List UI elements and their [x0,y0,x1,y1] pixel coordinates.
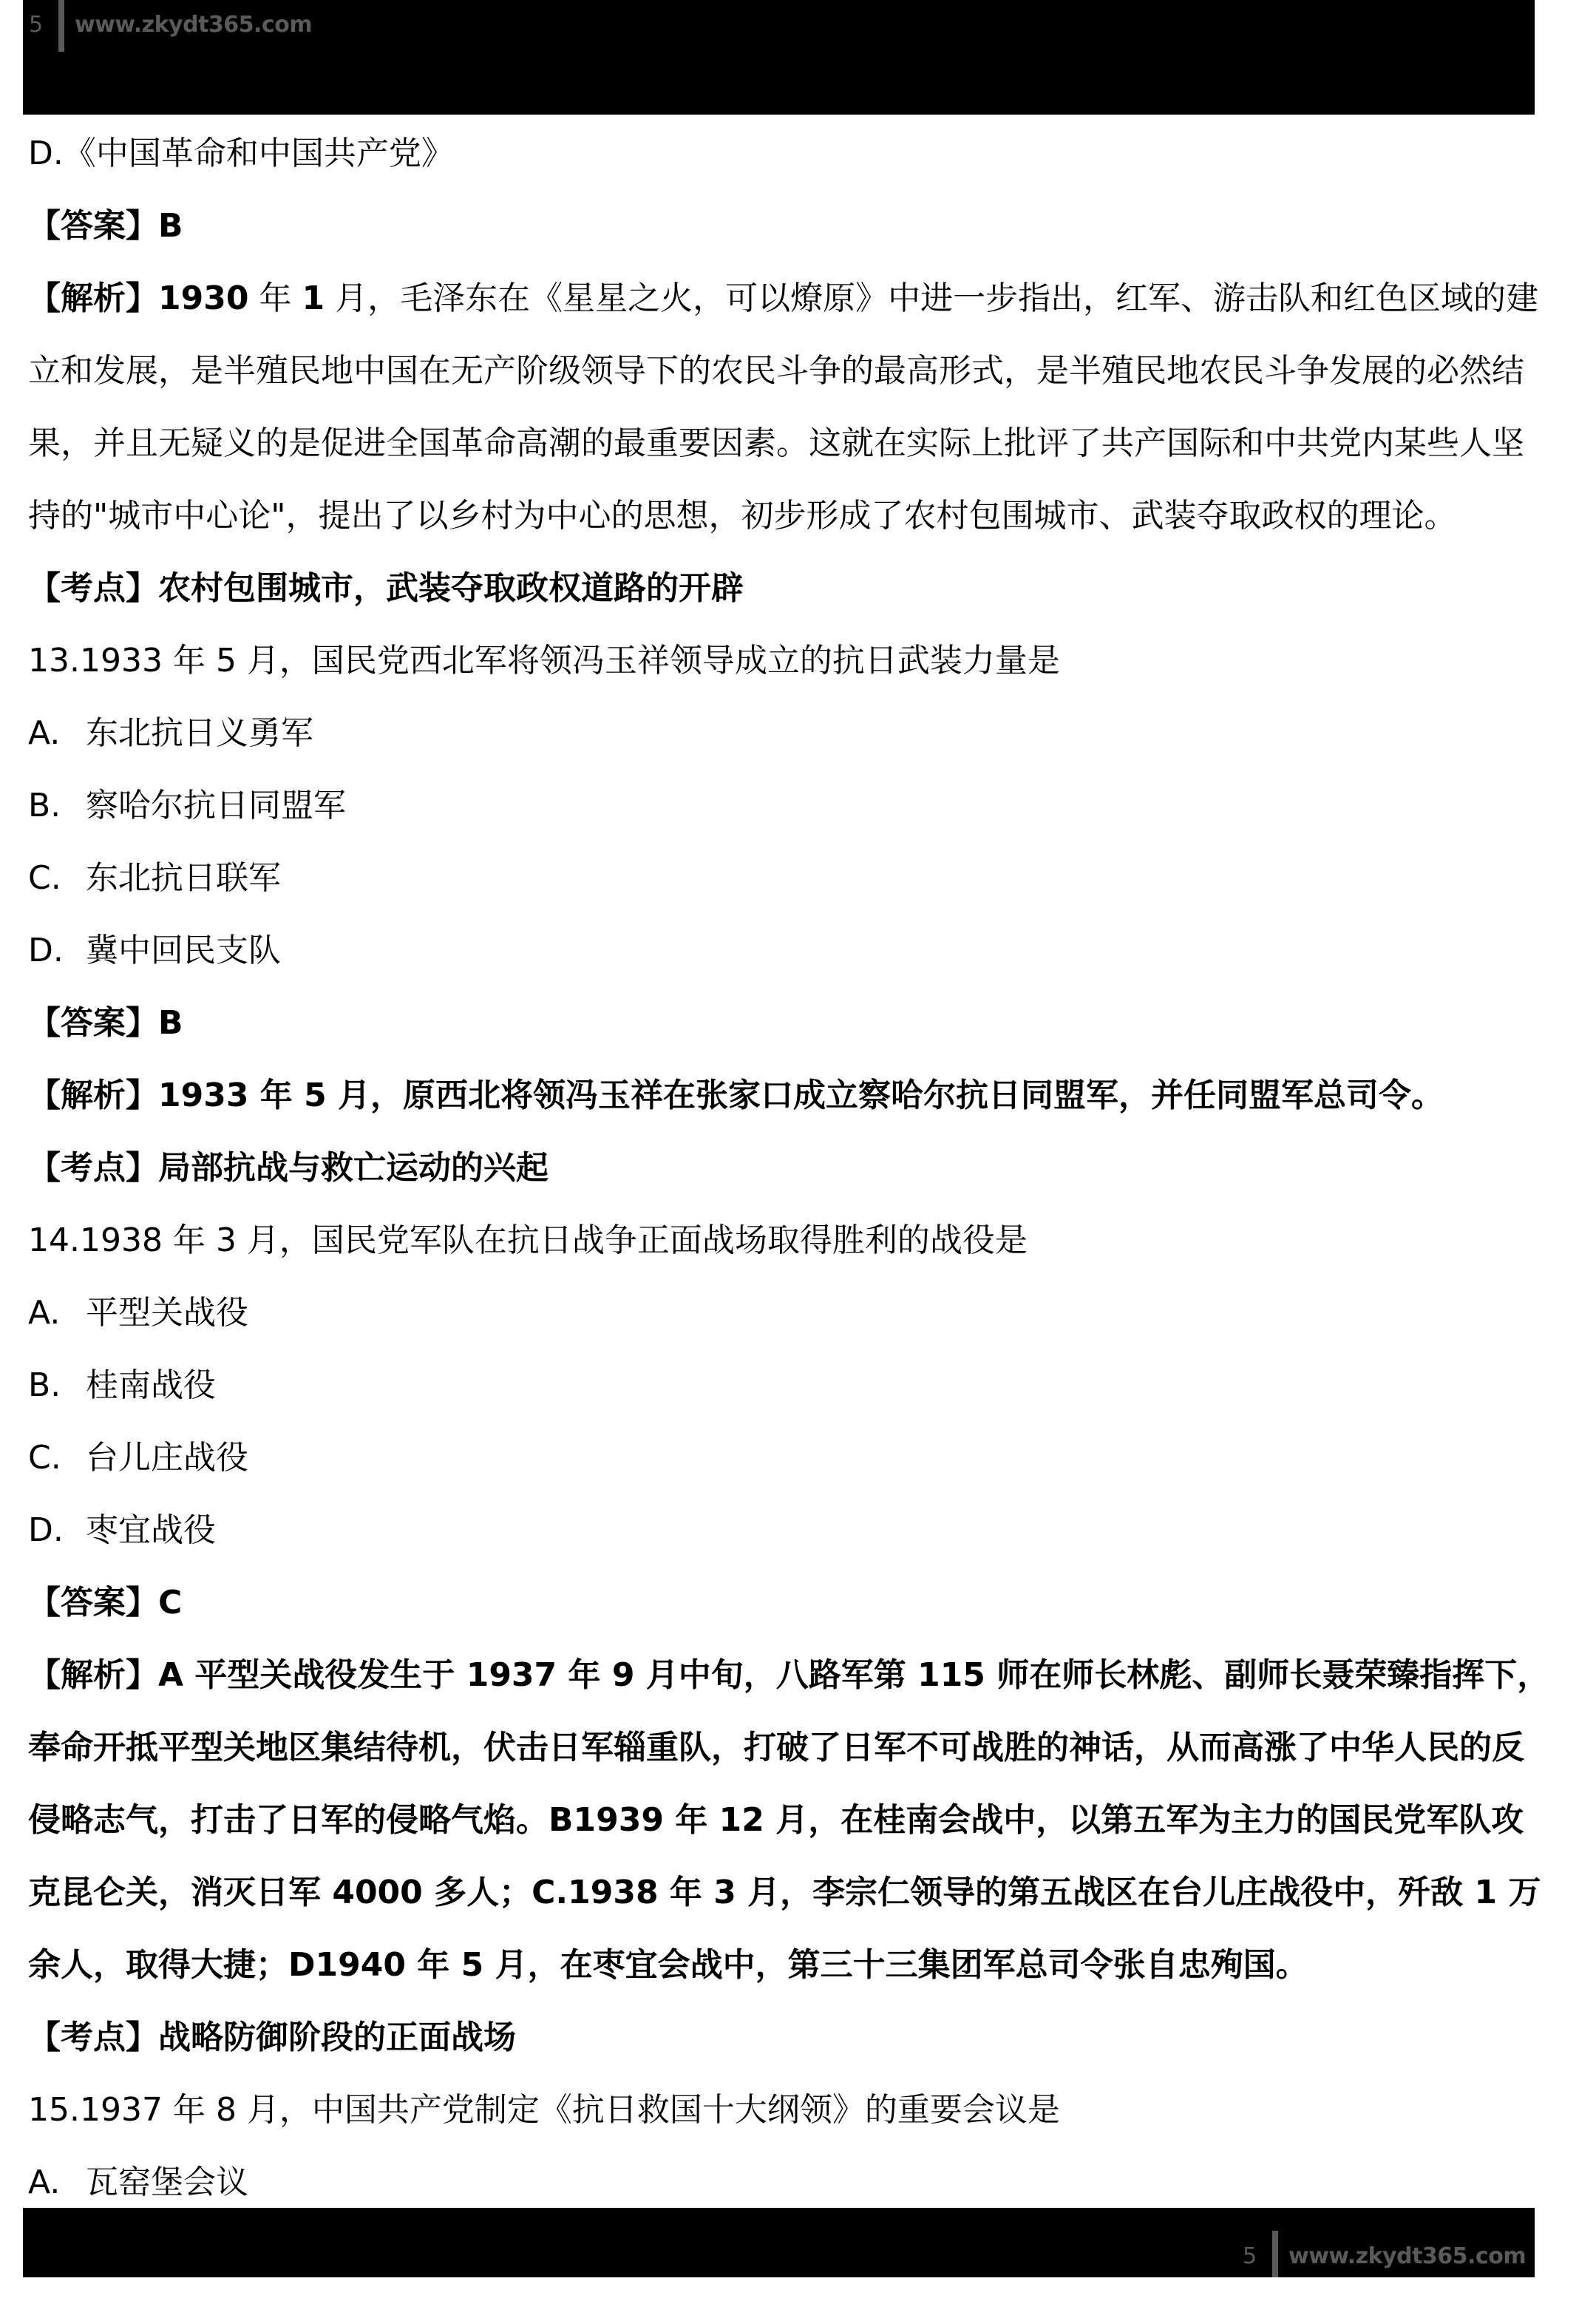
q12-keypoint: 【考点】农村包围城市，武装夺取政权道路的开辟 [28,562,1536,634]
question-stem: 年 8 月，中国共产党制定《抗日救国十大纲领》的重要会议是 [163,2091,1060,2129]
page-header-bar: 5 www.zkydt365.com [23,0,1535,115]
text: 年 [664,1801,719,1839]
q14-analysis-line-5: 余人，取得大捷；D1940 年 5 月，在枣宜会战中，第三十三集团军总司令张自忠… [28,1939,1536,2011]
text: 年 [248,279,302,317]
analysis-text: 侵略志气，打击了日军的侵略气焰。B1939 年 12 月，在桂南会战中，以第五军… [28,1801,1524,1839]
question-number: 13. [28,642,80,680]
analysis-label: 【解析】 [28,1077,158,1114]
option-letter: C. [28,1431,86,1485]
option-letter: A. [28,1287,86,1340]
option-letter: A. [28,707,86,760]
text: 月，李宗仁领导的第五战区在台儿庄战役中，歼敌 [736,1874,1475,1911]
text: 月中旬，八路军第 [634,1656,917,1694]
option-letter: B. [28,1359,86,1412]
analysis-text: 奉命开抵平型关地区集结待机，伏击日军辎重队，打破了日军不可战胜的神话，从而高涨了… [28,1729,1524,1766]
option-text: 瓦窑堡会议 [86,2163,248,2201]
q13-answer: 【答案】B [28,997,1536,1069]
option-text: 台儿庄战役 [86,1439,248,1477]
emphasis-text: A [158,1656,183,1694]
document-body: D.《中国革命和中国共产党》 【答案】B 【解析】1930 年 1 月，毛泽东在… [28,127,1536,2229]
option-text: 桂南战役 [86,1366,216,1404]
page-footer-bar: 5 www.zkydt365.com [23,2208,1535,2277]
text: 克昆仑关，消灭日军 [28,1874,332,1911]
q14-analysis-line-3: 侵略志气，打击了日军的侵略气焰。B1939 年 12 月，在桂南会战中，以第五军… [28,1794,1536,1866]
footer-site-url: www.zkydt365.com [1288,2243,1526,2269]
question-number: 15. [28,2091,80,2129]
text: 年 [406,1946,461,1984]
q12-analysis-line-2: 立和发展，是半殖民地中国在无产阶级领导下的农民斗争的最高形式，是半殖民地农民斗争… [28,345,1536,417]
q13-option-c[interactable]: C.东北抗日联军 [28,852,1536,924]
q14-option-c[interactable]: C.台儿庄战役 [28,1431,1536,1504]
text: 平型关战役发生于 [183,1656,466,1694]
answer-label: 【答案】 [28,1004,158,1042]
analysis-label: 【解析】 [28,279,158,317]
option-text: 冀中回民支队 [86,932,281,969]
q14-answer: 【答案】C [28,1576,1536,1649]
keypoint-label: 【考点】 [28,569,158,607]
analysis-label: 【解析】 [28,1656,158,1694]
emphasis-text: 5 [461,1946,484,1984]
keypoint-label: 【考点】 [28,1149,158,1187]
text: 多人； [423,1874,532,1911]
header-page-number: 5 [29,12,43,38]
emphasis-text: 9 [612,1656,635,1694]
q14-analysis-line-4: 克昆仑关，消灭日军 4000 多人；C.1938 年 3 月，李宗仁领导的第五战… [28,1866,1536,1939]
answer-value: B [158,1004,183,1042]
q13-keypoint: 【考点】局部抗战与救亡运动的兴起 [28,1142,1536,1214]
q12-answer: 【答案】B [28,200,1536,272]
emphasis-text: 115 [917,1656,985,1694]
text: 月，毛泽东在《星星之火，可以燎原》中进一步指出，红军、游击队和红色区域的建 [325,279,1538,317]
answer-value: C [158,1584,182,1621]
q13-stem: 13.1933 年 5 月，国民党西北军将领冯玉祥领导成立的抗日武装力量是 [28,634,1536,707]
option-text: 平型关战役 [86,1294,248,1332]
year: 1933 [80,642,163,680]
option-text: 东北抗日义勇军 [86,714,313,752]
text: 年 [659,1874,714,1911]
footer-separator [1272,2231,1278,2277]
q13-option-b[interactable]: B.察哈尔抗日同盟军 [28,779,1536,852]
q14-option-b[interactable]: B.桂南战役 [28,1359,1536,1431]
option-d-prev: D.《中国革命和中国共产党》 [28,127,1536,200]
text: 奉命开抵平型关地区集结待机，伏击日军辎重队，打破了日军不可战胜的神话，从而高涨了… [28,1729,1524,1766]
text: 师在师长林彪、副师长聂荣臻指挥下， [985,1656,1549,1694]
text: 月，在桂南会战中，以第五军为主力的国民党军队攻 [764,1801,1524,1839]
q14-keypoint: 【考点】战略防御阶段的正面战场 [28,2011,1536,2084]
q14-analysis-line-1: 【解析】A 平型关战役发生于 1937 年 9 月中旬，八路军第 115 师在师… [28,1649,1536,1721]
year: 1930 [158,279,248,317]
text: 月，在枣宜会战中，第三十三集团军总司令张自忠殉国。 [483,1946,1308,1984]
option-letter: C. [28,852,86,905]
q14-analysis-line-2: 奉命开抵平型关地区集结待机，伏击日军辎重队，打破了日军不可战胜的神话，从而高涨了… [28,1721,1536,1794]
analysis-text: 余人，取得大捷；D1940 年 5 月，在枣宜会战中，第三十三集团军总司令张自忠… [28,1946,1308,1984]
text: 月，原西北将领冯玉祥在张家口成立察哈尔抗日同盟军，并任同盟军总司令。 [327,1077,1444,1114]
option-letter: B. [28,779,86,833]
text: 侵略志气，打击了日军的侵略气焰。 [28,1801,549,1839]
q15-stem: 15.1937 年 8 月，中国共产党制定《抗日救国十大纲领》的重要会议是 [28,2084,1536,2156]
text: 年 [248,1077,304,1114]
emphasis-text: C.1938 [532,1874,658,1911]
emphasis-text: D1940 [288,1946,406,1984]
keypoint-text: 农村包围城市，武装夺取政权道路的开辟 [158,569,744,607]
keypoint-label: 【考点】 [28,2019,158,2056]
question-number: 14. [28,1221,80,1259]
q12-analysis-line-1: 【解析】1930 年 1 月，毛泽东在《星星之火，可以燎原》中进一步指出，红军、… [28,272,1536,345]
option-text: 枣宜战役 [86,1511,216,1549]
q14-option-d[interactable]: D.枣宜战役 [28,1504,1536,1576]
q14-option-a[interactable]: A.平型关战役 [28,1287,1536,1359]
header-site-url: www.zkydt365.com [75,12,312,38]
footer-page-number: 5 [1243,2243,1257,2269]
analysis-text: A 平型关战役发生于 1937 年 9 月中旬，八路军第 115 师在师长林彪、… [158,1656,1549,1694]
month: 1 [302,279,325,317]
option-letter: A. [28,2156,86,2209]
year: 1938 [80,1221,163,1259]
emphasis-text: 12 [719,1801,764,1839]
answer-value: B [158,207,183,245]
text: 万 [1497,1874,1541,1911]
header-separator [58,0,64,52]
keypoint-text: 局部抗战与救亡运动的兴起 [158,1149,549,1187]
q13-option-d[interactable]: D.冀中回民支队 [28,924,1536,997]
month: 5 [304,1077,327,1114]
option-letter: D. [28,1504,86,1557]
emphasis-text: 1 [1475,1874,1498,1911]
year: 1937 [80,2091,163,2129]
option-text: 《中国革命和中国共产党》 [64,135,454,172]
answer-label: 【答案】 [28,207,158,245]
year: 1933 [158,1077,248,1114]
emphasis-text: 4000 [332,1874,422,1911]
option-text: 东北抗日联军 [86,859,281,897]
analysis-text: 克昆仑关，消灭日军 4000 多人；C.1938 年 3 月，李宗仁领导的第五战… [28,1874,1541,1911]
q12-analysis-line-3: 果，并且无疑义的是促进全国革命高潮的最重要因素。这就在实际上批评了共产国际和中共… [28,417,1536,489]
answer-label: 【答案】 [28,1584,158,1621]
emphasis-text: 3 [713,1874,736,1911]
option-letter: D. [28,924,86,977]
q13-option-a[interactable]: A.东北抗日义勇军 [28,707,1536,779]
option-text: 察哈尔抗日同盟军 [86,787,346,824]
text: 年 [557,1656,612,1694]
emphasis-text: B1939 [549,1801,664,1839]
q13-analysis: 【解析】1933 年 5 月，原西北将领冯玉祥在张家口成立察哈尔抗日同盟军，并任… [28,1069,1536,1142]
question-stem: 年 3 月，国民党军队在抗日战争正面战场取得胜利的战役是 [163,1221,1028,1259]
q12-analysis-line-4: 持的"城市中心论"，提出了以乡村为中心的思想，初步形成了农村包围城市、武装夺取政… [28,489,1536,562]
keypoint-text: 战略防御阶段的正面战场 [158,2019,516,2056]
q14-stem: 14.1938 年 3 月，国民党军队在抗日战争正面战场取得胜利的战役是 [28,1214,1536,1287]
question-stem: 年 5 月，国民党西北军将领冯玉祥领导成立的抗日武装力量是 [163,642,1060,680]
option-letter: D. [28,135,64,172]
text: 余人，取得大捷； [28,1946,288,1984]
emphasis-text: 1937 [466,1656,557,1694]
